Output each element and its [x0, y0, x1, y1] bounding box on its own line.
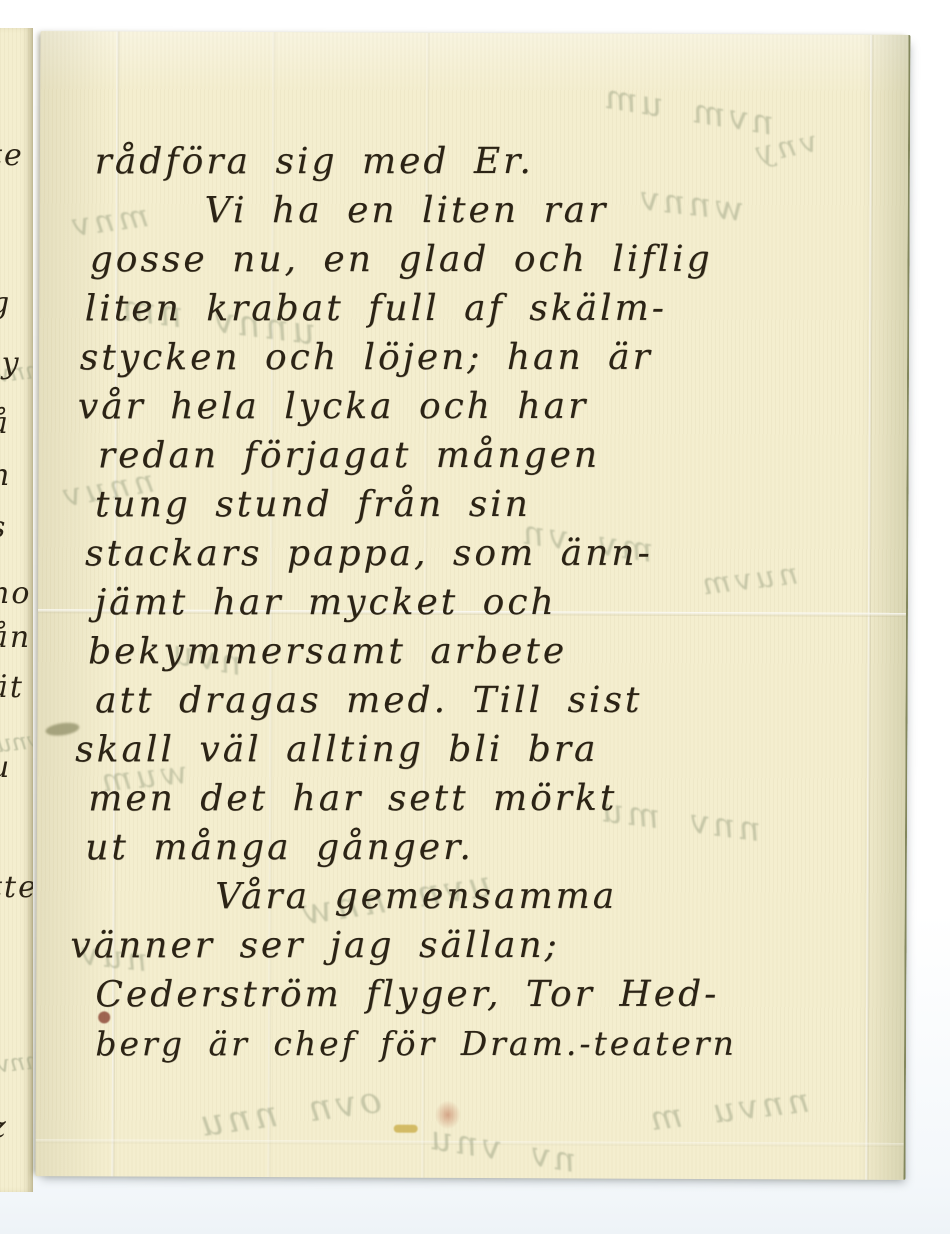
adjacent-page-strip: nnv vnu mnv te g ly å n s no ån ät u tte… — [0, 28, 33, 1192]
letter-line: vår hela lycka och har — [78, 382, 906, 432]
cut-off-word-fragment: te — [0, 138, 24, 173]
letter-line: bekymmersamt arbete — [88, 627, 906, 677]
scanned-letter-photo: nnv vnu mnv te g ly å n s no ån ät u tte… — [0, 0, 950, 1234]
bleedthrough-stroke: nnvu m — [644, 1081, 812, 1140]
letter-line: gosse nu, en glad och liflig — [90, 235, 906, 285]
letter-line: stycken och löjen; han är — [80, 333, 906, 383]
bleedthrough-stroke: mnv — [0, 1045, 33, 1078]
letter-line: tung stund från sin — [95, 480, 906, 530]
letter-line: Vi ha en liten rar — [205, 186, 906, 236]
letter-line: att dragas med. Till sist — [95, 676, 906, 726]
cut-off-word-fragment: å — [0, 406, 10, 441]
cut-off-word-fragment: g — [0, 286, 11, 321]
letter-line: liten krabat full af skälm- — [85, 284, 906, 334]
letter-line: redan förjagat mången — [98, 431, 906, 481]
cut-off-word-fragment: no — [0, 576, 31, 611]
cut-off-word-fragment: ån — [0, 620, 31, 655]
letter-page: nvm um vny wnnv mnv unnv nm nnuv mv vn n… — [36, 31, 911, 1180]
letter-body: rådföra sig med Er. Vi ha en liten rar g… — [38, 137, 907, 1069]
cut-off-word-fragment: n — [0, 458, 11, 493]
cut-off-word-fragment: u — [0, 750, 11, 785]
letter-line: berg är chef för Dram.-teatern — [95, 1019, 906, 1069]
letter-line: jämt har mycket och — [95, 578, 906, 628]
letter-line: rådföra sig med Er. — [95, 137, 906, 187]
cut-off-word-fragment: tte — [0, 870, 33, 905]
letter-line: vänner ser jag sällan; — [70, 921, 906, 971]
cut-off-word-fragment: s — [0, 510, 7, 545]
letter-line: Våra gemensamma — [215, 872, 906, 922]
letter-line: Cederström flyger, Tor Hed- — [95, 970, 906, 1020]
yellow-stain — [394, 1125, 418, 1133]
letter-line: men det har sett mörkt — [88, 774, 906, 824]
bleedthrough-stroke: nvm um — [598, 76, 776, 143]
letter-line: ut många gånger. — [85, 823, 906, 873]
cut-off-word-fragment: ly — [0, 346, 21, 381]
cut-off-word-fragment: z — [0, 1110, 8, 1145]
bleedthrough-stroke: ovn nnu — [194, 1080, 384, 1146]
letter-line: skall väl allting bli bra — [75, 725, 906, 775]
cut-off-word-fragment: ät — [0, 670, 24, 705]
letter-line: stackars pappa, som änn- — [85, 529, 906, 579]
